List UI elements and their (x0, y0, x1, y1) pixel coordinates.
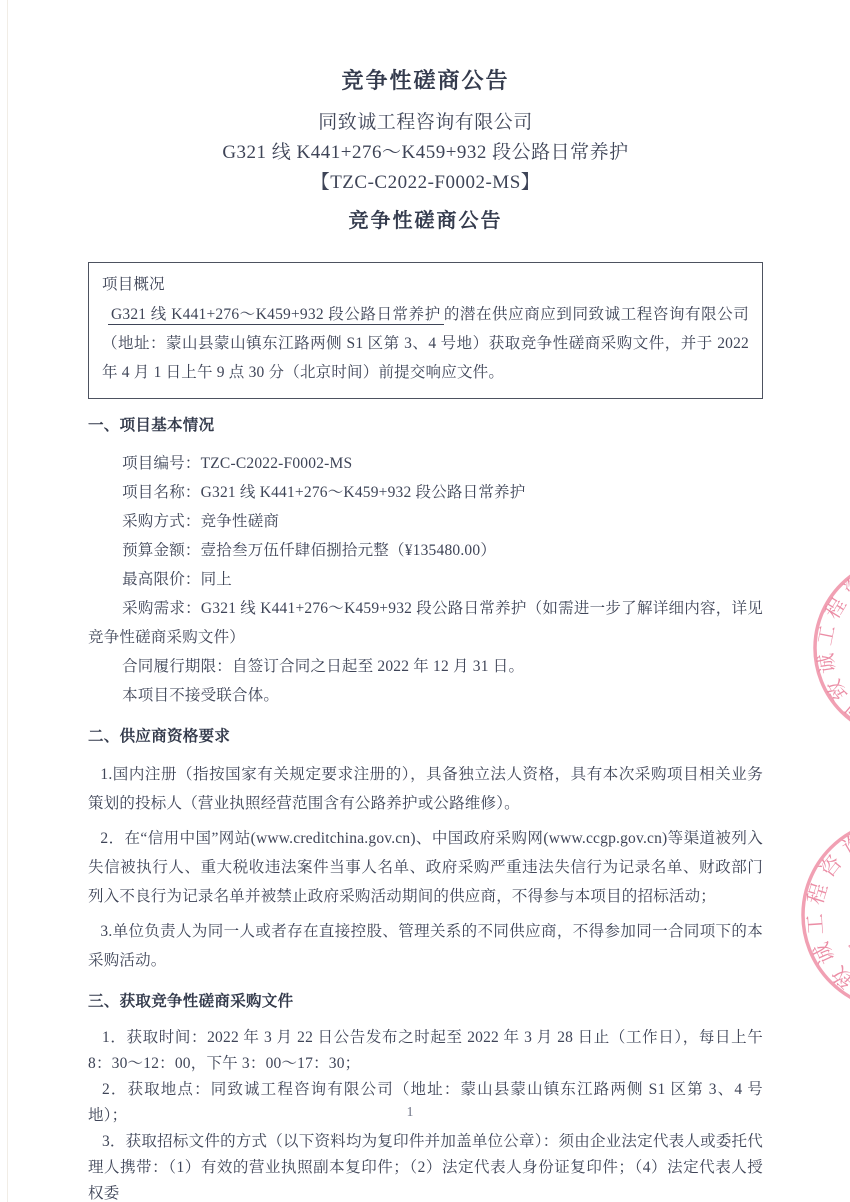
section-basic-info: 一、项目基本情况 项目编号：TZC-C2022-F0002-MS 项目名称：G3… (88, 413, 763, 710)
project-overview-box: 项目概况 G321 线 K441+276～K459+932 段公路日常养护的潜在… (88, 262, 763, 399)
section1-heading: 一、项目基本情况 (88, 413, 763, 439)
max-price-line: 最高限价：同上 (88, 565, 763, 594)
contract-period-line: 合同履行期限：自签订合同之日起至 2022 年 12 月 31 日。 (88, 652, 763, 681)
project-code: 【TZC-C2022-F0002-MS】 (88, 168, 763, 198)
project-name-line: G321 线 K441+276～K459+932 段公路日常养护 (88, 138, 763, 168)
overview-paragraph: G321 线 K441+276～K459+932 段公路日常养护的潜在供应商应到… (102, 300, 749, 387)
agency-name: 同致诚工程咨询有限公司 (88, 108, 763, 138)
qualification-item-3: 3.单位负责人为同一人或者存在直接控股、管理关系的不同供应商，不得参加同一合同项… (88, 917, 763, 975)
section-supplier-qualifications: 二、供应商资格要求 1.国内注册（指按国家有关规定要求注册的），具备独立法人资格… (88, 724, 763, 975)
project-number-line: 项目编号：TZC-C2022-F0002-MS (88, 449, 763, 478)
obtain-time-item: 1．获取时间：2022 年 3 月 22 日公告发布之时起至 2022 年 3 … (88, 1025, 763, 1077)
document-subtitle: 竞争性磋商公告 (88, 206, 763, 236)
qualification-item-2: 2．在“信用中国”网站(www.creditchina.gov.cn)、中国政府… (88, 824, 763, 911)
project-name-field: 项目名称：G321 线 K441+276～K459+932 段公路日常养护 (88, 478, 763, 507)
obtain-method-item: 3．获取招标文件的方式（以下资料均为复印件并加盖单位公章）：须由企业法定代表人或… (88, 1129, 763, 1202)
obtain-location-item: 2．获取地点：同致诚工程咨询有限公司（地址：蒙山县蒙山镇东江路两侧 S1 区第 … (88, 1077, 763, 1129)
section-obtain-documents: 三、获取竞争性磋商采购文件 1．获取时间：2022 年 3 月 22 日公告发布… (88, 989, 763, 1202)
overview-underlined-project: G321 线 K441+276～K459+932 段公路日常养护 (108, 306, 444, 325)
budget-amount-line: 预算金额：壹拾叁万伍仟肆佰捌拾元整（¥135480.00） (88, 536, 763, 565)
page-number: 1 (0, 1104, 820, 1120)
document-page: 同致诚工程咨询有限公司 同致诚工程咨询有限公司 6001 竞争性磋商公告 同致诚… (0, 0, 850, 1202)
section2-heading: 二、供应商资格要求 (88, 724, 763, 750)
section3-heading: 三、获取竞争性磋商采购文件 (88, 989, 763, 1015)
procurement-method-line: 采购方式：竞争性磋商 (88, 507, 763, 536)
no-consortium-line: 本项目不接受联合体。 (88, 681, 763, 710)
procurement-demand-line: 采购需求：G321 线 K441+276～K459+932 段公路日常养护（如需… (88, 594, 763, 652)
qualification-item-1: 1.国内注册（指按国家有关规定要求注册的），具备独立法人资格，具有本次采购项目相… (88, 760, 763, 818)
document-title: 竞争性磋商公告 (88, 66, 763, 96)
announcement-document: 竞争性磋商公告 同致诚工程咨询有限公司 G321 线 K441+276～K459… (0, 0, 850, 1202)
overview-label: 项目概况 (102, 271, 749, 298)
